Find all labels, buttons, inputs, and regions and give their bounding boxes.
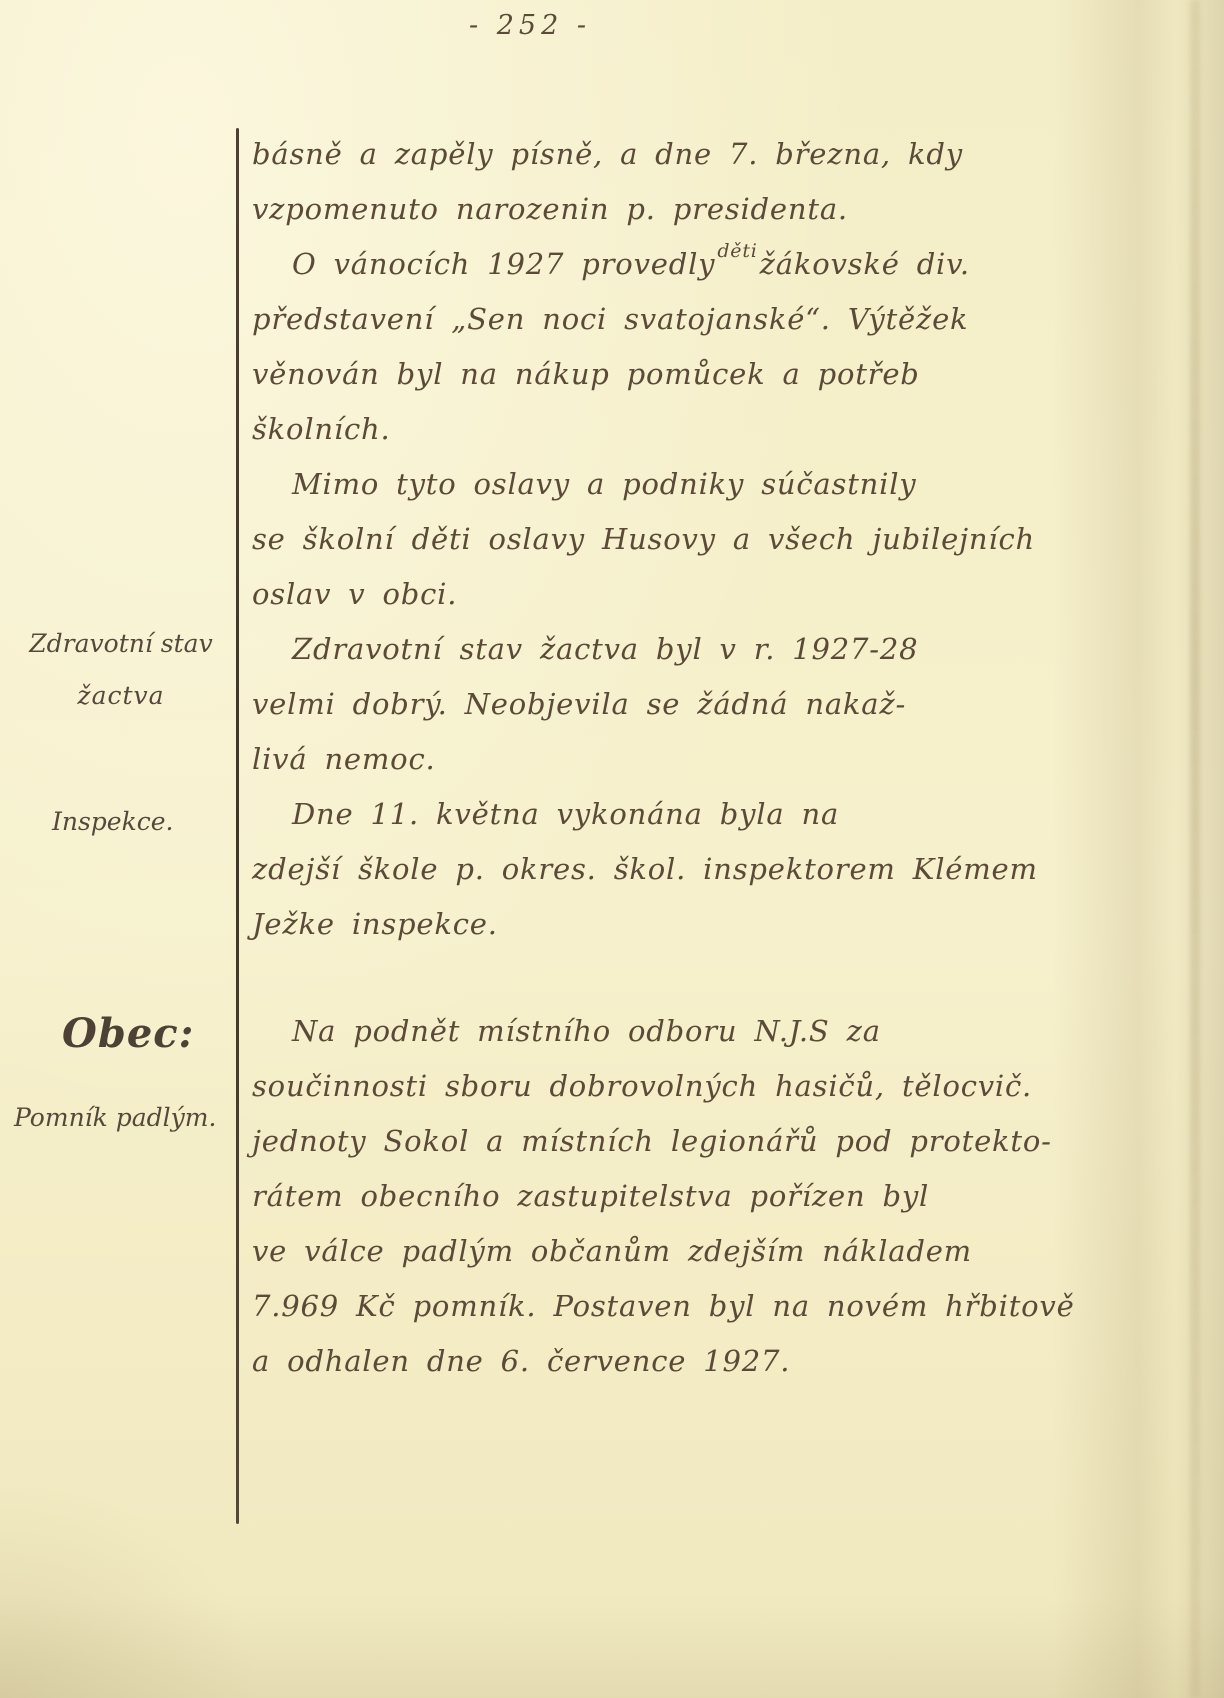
blank-line [252,952,1152,1004]
handwritten-line: oslav v obci. [252,567,1152,622]
document-page: - 252 - Zdravotní stav žactva Inspekce. … [0,0,1224,1698]
margin-note-pomnik-padlym: Pomník padlým. [14,1092,216,1144]
handwritten-line: jednoty Sokol a místních legionářů pod p… [252,1114,1152,1169]
handwritten-line: se školní děti oslavy Husovy a všech jub… [252,512,1152,567]
main-text: básně a zapěly písně, a dne 7. března, k… [252,127,1152,1389]
handwritten-text: žákovské div. [760,247,970,281]
margin-note-line: žactva [16,670,226,722]
handwritten-line: Mimo tyto oslavy a podniky súčastnily [252,457,1152,512]
handwritten-line: věnován byl na nákup pomůcek a potřeb [252,347,1152,402]
handwritten-line: básně a zapěly písně, a dne 7. března, k… [252,127,1152,182]
margin-note-line: Zdravotní stav [16,618,226,670]
handwritten-line: livá nemoc. [252,732,1152,787]
handwritten-line: velmi dobrý. Neobjevila se žádná nakaž- [252,677,1152,732]
margin-rule [236,128,239,1524]
page-number: - 252 - [0,10,1060,41]
margin-note-inspekce: Inspekce. [52,796,174,848]
handwritten-line: a odhalen dne 6. července 1927. [252,1334,1152,1389]
handwritten-line: Na podnět místního odboru N.J.S za [252,1004,1152,1059]
corner-shading [0,1478,260,1698]
margin-note-zdravotni-stav: Zdravotní stav žactva [16,618,226,722]
handwritten-line: Ježke inspekce. [252,897,1152,952]
handwritten-line: Dne 11. května vykonána byla na [252,787,1152,842]
margin-note-obec: Obec: [62,1008,194,1060]
handwritten-line: O vánocích 1927 provedlydětižákovské div… [252,237,1152,292]
handwritten-line: vzpomenuto narozenin p. presidenta. [252,182,1152,237]
handwritten-line: ve válce padlým občanům zdejším nákladem [252,1224,1152,1279]
handwritten-text: O vánocích 1927 provedly [292,247,715,281]
handwritten-line: zdejší škole p. okres. škol. inspektorem… [252,842,1152,897]
inserted-word-above-line: děti [717,224,757,279]
handwritten-line: součinnosti sboru dobrovolných hasičů, t… [252,1059,1152,1114]
handwritten-line: školních. [252,402,1152,457]
handwritten-line: rátem obecního zastupitelstva pořízen by… [252,1169,1152,1224]
handwritten-line: 7.969 Kč pomník. Postaven byl na novém h… [252,1279,1152,1334]
handwritten-line: představení „Sen noci svatojanské“. Výtě… [252,292,1152,347]
handwritten-line: Zdravotní stav žactva byl v r. 1927-28 [252,622,1152,677]
page-edge-shading [1190,0,1200,1698]
